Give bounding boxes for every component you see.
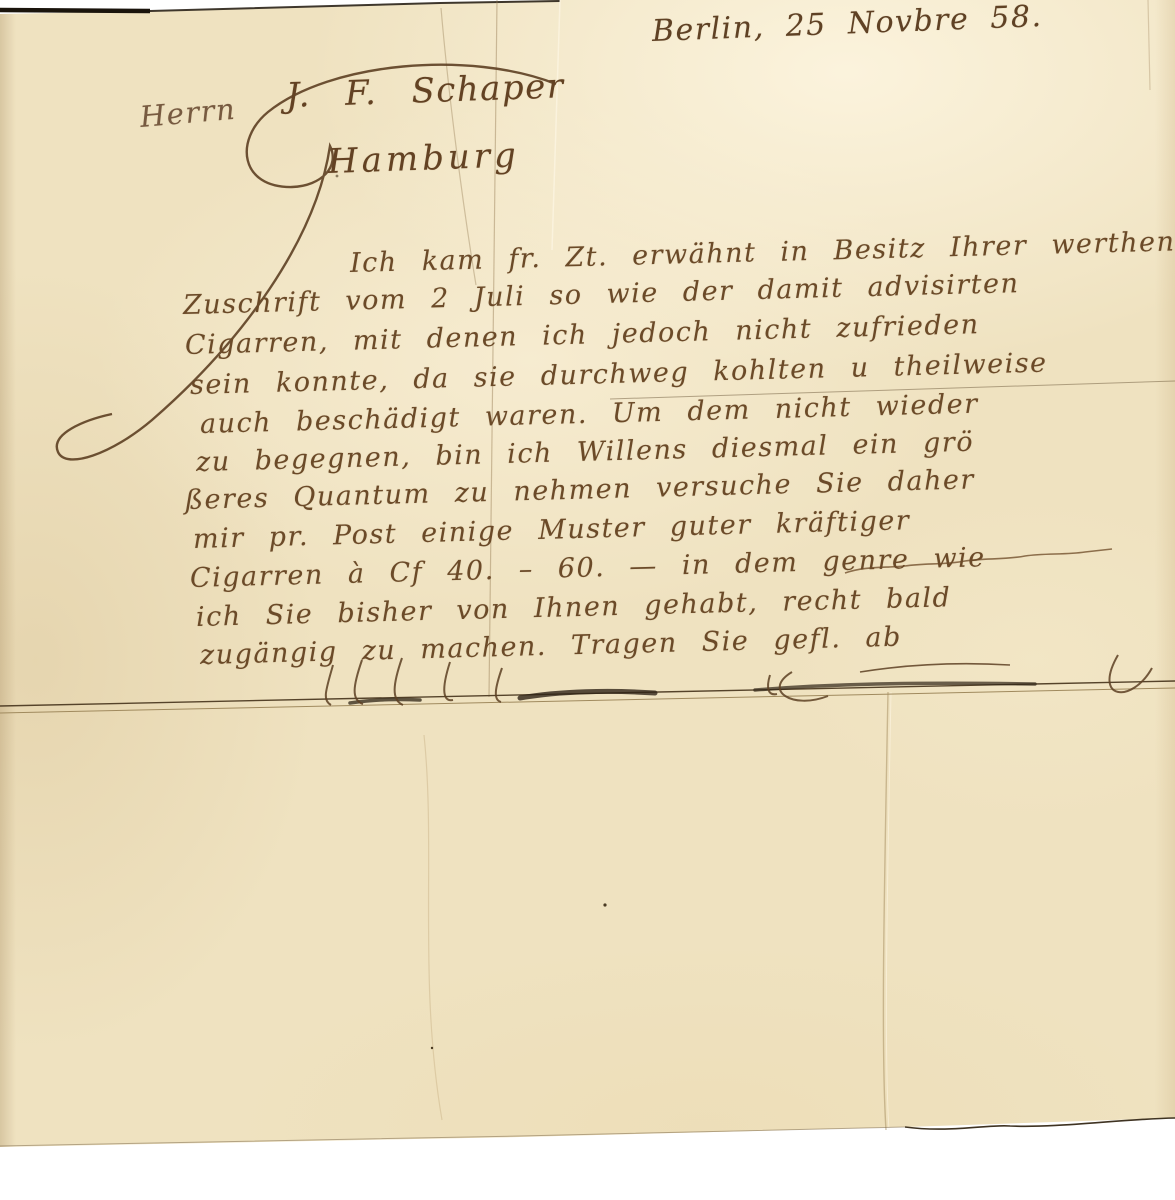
scanned-letter: Berlin, 25 Novbre 58. Herrn J. F. Schape… xyxy=(0,0,1175,1200)
recipient-city: Hamburg xyxy=(327,135,520,182)
